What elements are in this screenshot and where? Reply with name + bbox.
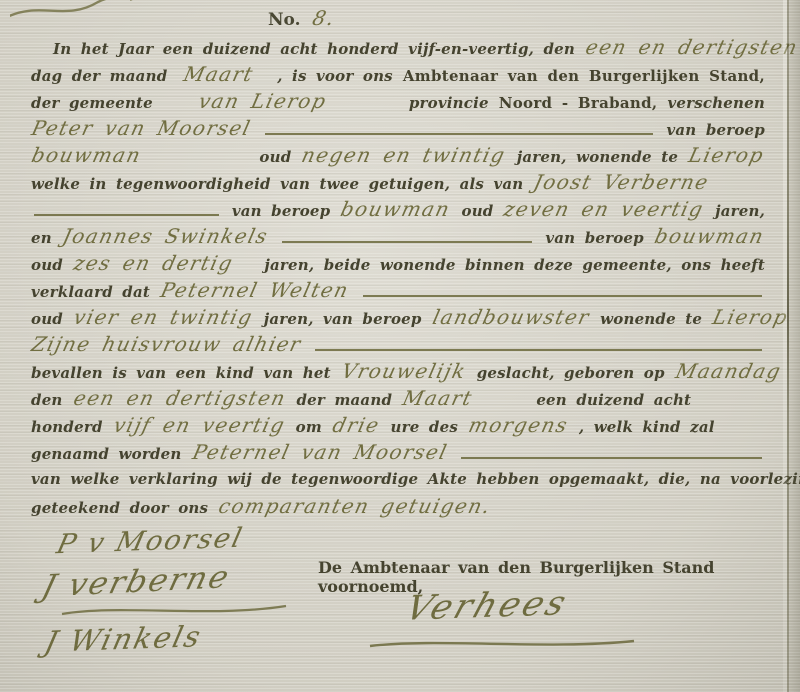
document-body: In het Jaar een duizend acht honderd vij…: [0, 32, 800, 520]
printed-text: oud: [31, 252, 63, 279]
signature-flourish: [60, 602, 290, 618]
blank-rule: [282, 240, 533, 243]
document-line: Peter van Moorselvan beroep: [26, 115, 770, 142]
printed-text: en: [31, 225, 52, 252]
spacer: [147, 161, 254, 162]
printed-text: honderd: [31, 414, 103, 441]
registrar-signature-flourish: [368, 636, 638, 650]
printed-text: der gemeente: [31, 90, 153, 117]
printed-text: Ambtenaar van den Burgerlijken Stand,: [403, 63, 765, 90]
registrar-signature: Verhees: [400, 583, 573, 629]
printed-text: van welke verklaring wij de tegenwoordig…: [31, 466, 800, 493]
blank-rule: [34, 213, 219, 216]
handwritten-text: vier en twintig: [71, 304, 256, 331]
printed-text: een duizend acht: [536, 387, 691, 414]
handwritten-text: bouwman: [652, 223, 767, 250]
printed-text: jaren, wonende te: [517, 144, 678, 171]
printed-text: jaren, van beroep: [264, 306, 422, 333]
handwritten-text: een en dertigsten: [70, 385, 288, 412]
handwritten-text: negen en twintig: [299, 142, 509, 169]
handwritten-text: comparanten getuigen.: [216, 493, 494, 520]
printed-text: van beroep: [232, 198, 331, 225]
document-line: van beroepbouwmanoudzeven en veertigjare…: [26, 196, 770, 223]
printed-text: bevallen is van een kind van het: [31, 360, 331, 387]
document-line: deneen en dertigstender maandMaarteen du…: [26, 385, 770, 412]
document-line: bouwmanoudnegen en twintigjaren, wonende…: [26, 142, 770, 169]
spacer: [172, 80, 177, 81]
document-line: enJoannes Swinkelsvan beroepbouwman: [26, 223, 770, 250]
document-line: bevallen is van een kind van hetVrouweli…: [26, 358, 770, 385]
act-number-label: No.: [268, 10, 301, 30]
printed-text: oud: [461, 198, 493, 225]
printed-text: van beroep: [666, 117, 765, 144]
printed-text: ure des: [391, 414, 458, 441]
printed-text: dag der maand: [31, 63, 167, 90]
handwritten-text: van Lierop: [196, 88, 330, 115]
document-line: oudvier en twintigjaren, van beroeplandb…: [26, 304, 770, 331]
handwritten-text: Maart: [181, 61, 257, 88]
document-line: van welke verklaring wij de tegenwoordig…: [26, 466, 770, 493]
document-line: honderdvijf en veertigomdrieure desmorge…: [26, 412, 770, 439]
act-number-line: No. 8.: [0, 0, 800, 32]
printed-text: wonende te: [600, 306, 702, 333]
document-line: der gemeentevan LieropprovincieNoord - B…: [26, 88, 770, 115]
document-line: In het Jaar een duizend acht honderd vij…: [26, 34, 770, 61]
printed-text: In het Jaar een duizend acht honderd vij…: [53, 36, 575, 63]
page-fold-crease: [787, 0, 789, 692]
act-number-value: 8.: [310, 6, 338, 30]
printed-text: genaamd worden: [31, 441, 182, 468]
signature-area: P v Moorsel J verberne J Winkels De Ambt…: [0, 524, 800, 692]
handwritten-text: zeven en veertig: [501, 196, 707, 223]
handwritten-text: Zijne huisvrouw alhier: [29, 331, 304, 358]
printed-text: jaren,: [715, 198, 765, 225]
printed-text: van beroep: [545, 225, 644, 252]
signature-witness-1: J verberne: [38, 559, 234, 605]
blank-rule: [461, 456, 762, 459]
printed-text: geteekend door ons: [31, 495, 208, 522]
spacer: [333, 107, 404, 108]
spacer: [259, 80, 272, 81]
printed-text: welke in tegenwoordigheid van twee getui…: [31, 171, 523, 198]
handwritten-text: Peternel van Moorsel: [189, 439, 450, 466]
printed-text: oud: [259, 144, 291, 171]
printed-text: jaren, beide wonende binnen deze gemeent…: [264, 252, 765, 279]
handwritten-text: Vrouwelijk: [339, 358, 469, 385]
printed-text: om: [296, 414, 322, 441]
spacer: [158, 107, 194, 108]
document-line: verklaard datPeternel Welten: [26, 277, 770, 304]
document-line: geteekend door onscomparanten getuigen.: [26, 493, 770, 520]
document-line: oudzes en dertigjaren, beide wonende bin…: [26, 250, 770, 277]
document-line: genaamd wordenPeternel van Moorsel: [26, 439, 770, 466]
handwritten-text: bouwman: [338, 196, 453, 223]
handwritten-text: Lierop: [686, 142, 767, 169]
spacer: [479, 404, 532, 405]
handwritten-text: Maart: [400, 385, 476, 412]
printed-text: , is voor ons: [277, 63, 393, 90]
handwritten-text: vijf en veertig: [111, 412, 288, 439]
handwritten-text: Lierop: [710, 304, 791, 331]
handwritten-text: Joost Verberne: [531, 169, 712, 196]
handwritten-text: Joannes Swinkels: [60, 223, 271, 250]
signature-declarant: P v Moorsel: [54, 523, 247, 560]
handwritten-text: Maandag: [673, 358, 784, 385]
document-line: dag der maandMaart, is voor onsAmbtenaar…: [26, 61, 770, 88]
blank-rule: [363, 294, 762, 297]
printed-text: oud: [31, 306, 63, 333]
handwritten-text: een en dertigsten: [583, 34, 800, 61]
blank-rule: [315, 348, 762, 351]
birth-certificate-document: No. 8. In het Jaar een duizend acht hond…: [0, 0, 800, 692]
printed-text: den: [31, 387, 63, 414]
printed-text: verklaard dat: [31, 279, 150, 306]
printed-text: geslacht, geboren op: [477, 360, 665, 387]
printed-text: verschenen: [667, 90, 765, 117]
handwritten-text: drie: [330, 412, 383, 439]
signature-witness-2: J Winkels: [41, 619, 205, 658]
spacer: [696, 404, 770, 405]
handwritten-text: Peternel Welten: [158, 277, 352, 304]
printed-text: provincie: [409, 90, 489, 117]
document-line: Zijne huisvrouw alhier: [26, 331, 770, 358]
spacer: [239, 269, 259, 270]
handwritten-text: Peter van Moorsel: [29, 115, 254, 142]
page-edge-shadow: [789, 0, 800, 692]
printed-text: , welk kind zal: [579, 414, 715, 441]
handwritten-text: morgens: [466, 412, 571, 439]
handwritten-text: bouwman: [29, 142, 144, 169]
printed-text: der maand: [296, 387, 392, 414]
document-line: welke in tegenwoordigheid van twee getui…: [26, 169, 770, 196]
blank-rule: [265, 132, 654, 135]
handwritten-text: zes en dertig: [71, 250, 236, 277]
handwritten-text: landbouwster: [429, 304, 592, 331]
printed-text: Noord - Braband,: [499, 90, 658, 117]
